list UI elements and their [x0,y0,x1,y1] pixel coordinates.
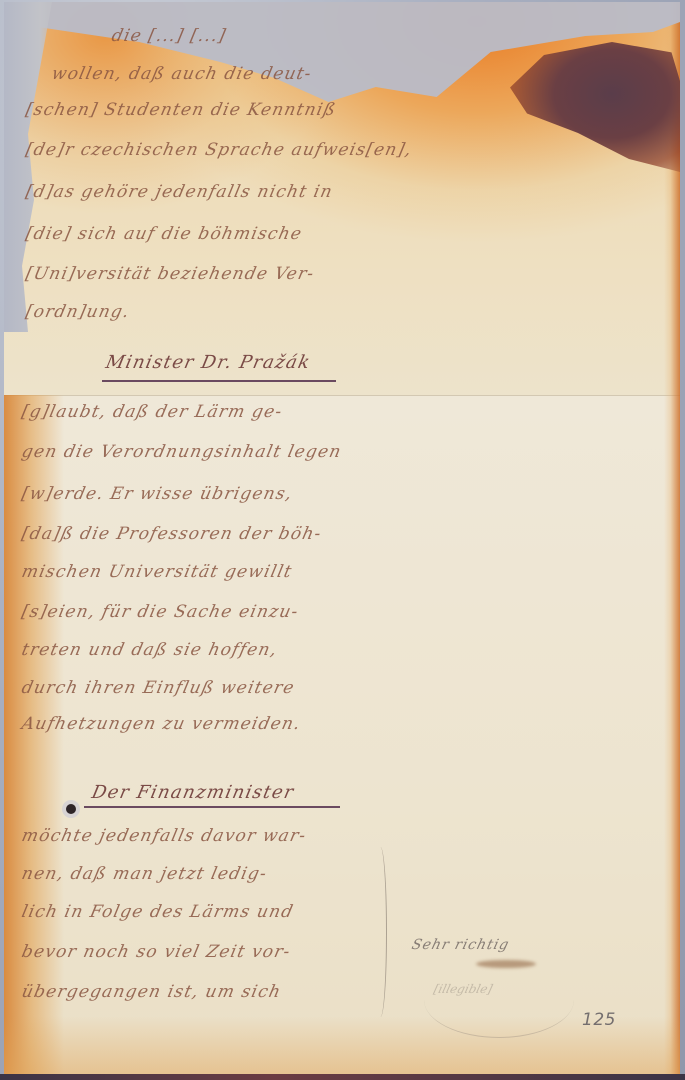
text-line: durch ihren Einfluß weitere [20,678,297,698]
heading-finanzminister: Der Finanzminister [90,782,297,803]
text-line: [w]erde. Er wisse übrigens, [20,484,295,504]
text-line: die [...] [...] [110,26,228,46]
text-line: [ordn]ung. [24,302,132,322]
ink-blot [66,804,76,814]
heading-underline [102,380,336,382]
manuscript-page: die [...] [...] wollen, daß auch die deu… [4,2,680,1076]
text-line: [Uni]versität beziehende Ver- [24,264,317,284]
text-line: wollen, daß auch die deut- [50,64,314,84]
text-line: [schen] Studenten die Kenntniß [24,100,338,120]
folio-number: 125 [582,1010,616,1030]
text-line: gen die Verordnungsinhalt legen [20,442,344,462]
text-line: lich in Folge des Lärms und [20,902,296,922]
text-line: möchte jedenfalls davor war- [20,826,309,846]
pencil-arc [424,962,574,1038]
text-line: mischen Universität gewillt [20,562,294,582]
text-line: [da]ß die Professoren der böh- [20,524,324,544]
text-line: [die] sich auf die böhmische [24,224,304,244]
text-line: übergegangen ist, um sich [20,982,283,1002]
text-line: nen, daß man jetzt ledig- [20,864,269,884]
heading-minister-prazak: Minister Dr. Pražák [104,352,313,373]
heading-underline [84,806,340,808]
text-line: [d]as gehöre jedenfalls nicht in [24,182,335,202]
text-line: [de]r czechischen Sprache aufweis[en], [24,140,414,160]
text-line: [s]eien, für die Sache einzu- [20,602,301,622]
text-line: [g]laubt, daß der Lärm ge- [20,402,285,422]
text-line: treten und daß sie hoffen, [20,640,279,660]
fold-line [4,395,680,396]
bottom-edge-stain [4,1016,680,1076]
pencil-margin-bracket [374,847,387,1017]
text-line: bevor noch so viel Zeit vor- [20,942,293,962]
text-line: Aufhetzungen zu vermeiden. [20,714,303,734]
pencil-note: Sehr richtig [410,937,511,953]
bottom-background-band [0,1074,685,1080]
